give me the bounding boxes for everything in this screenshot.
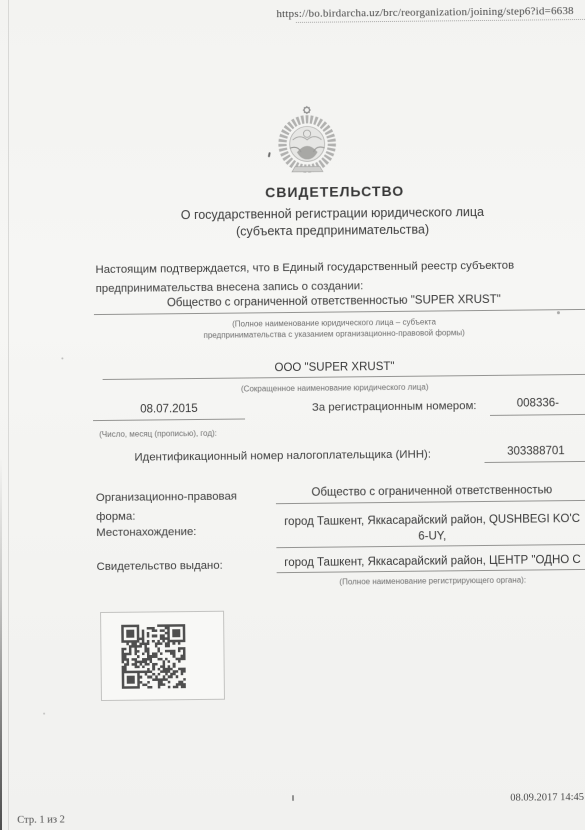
full-name-underline [94, 309, 585, 315]
issued-caption: (Полное наименование регистрирующего орг… [279, 575, 585, 589]
issued-value: город Ташкент, Яккасарайский район, ЦЕНТ… [278, 554, 585, 569]
reg-date-underline [93, 418, 245, 421]
inn-value: 303388701 [486, 445, 585, 458]
short-name-caption: (Сокращенное наименование юридического л… [140, 382, 530, 397]
legal-form-value: Общество с ограниченной ответственностью [278, 484, 585, 499]
state-emblem-icon [276, 103, 339, 178]
short-name-value: ООО "SUPER XRUST" [94, 359, 574, 376]
paper-crease-artifact [8, 0, 9, 830]
reg-date-caption: (Число, месяц (прописью), год): [99, 428, 249, 440]
scan-artifact [557, 311, 560, 314]
issued-underline [277, 569, 585, 573]
reg-date-value: 08.07.2015 [95, 403, 243, 417]
certificate-subtitle: О государственной регистрации юридическо… [110, 203, 555, 242]
full-name-caption: (Полное наименование юридического лица –… [139, 317, 529, 342]
footer-page-number: Стр. 1 из 2 [17, 814, 65, 825]
legal-form-underline [276, 500, 585, 504]
scan-artifact [61, 357, 63, 359]
inn-label: Идентификационный номер налогоплательщик… [134, 449, 431, 464]
reg-number-label: За регистрационным номером: [312, 400, 477, 414]
scan-edge-shadow [0, 0, 2, 830]
issued-label: Свидетельство выдано: [97, 560, 223, 573]
location-value: город Ташкент, Яккасарайский район, QUSH… [278, 512, 585, 546]
scan-artifact [268, 152, 271, 157]
scanned-page: https://bo.birdarcha.uz/brc/reorganizati… [0, 0, 585, 830]
inn-underline [485, 461, 585, 463]
qr-frame [100, 611, 225, 701]
certificate-title: СВИДЕТЕЛЬСТВО [130, 181, 540, 201]
scan-artifact [292, 795, 294, 801]
qr-code-icon [121, 624, 186, 689]
document-content: https://bo.birdarcha.uz/brc/reorganizati… [0, 0, 585, 830]
reg-number-underline [490, 414, 585, 416]
footer-datetime: 08.09.2017 14:45 [459, 792, 584, 804]
location-label: Местонахождение: [96, 526, 196, 539]
legal-form-label: Организационно-правовая форма: [96, 488, 237, 526]
intro-paragraph: Настоящим подтверждается, что в Единый г… [95, 256, 550, 299]
reg-number-value: 008336- [492, 397, 584, 410]
paper-edge-artifact [296, 19, 585, 23]
scan-artifact [43, 713, 45, 715]
